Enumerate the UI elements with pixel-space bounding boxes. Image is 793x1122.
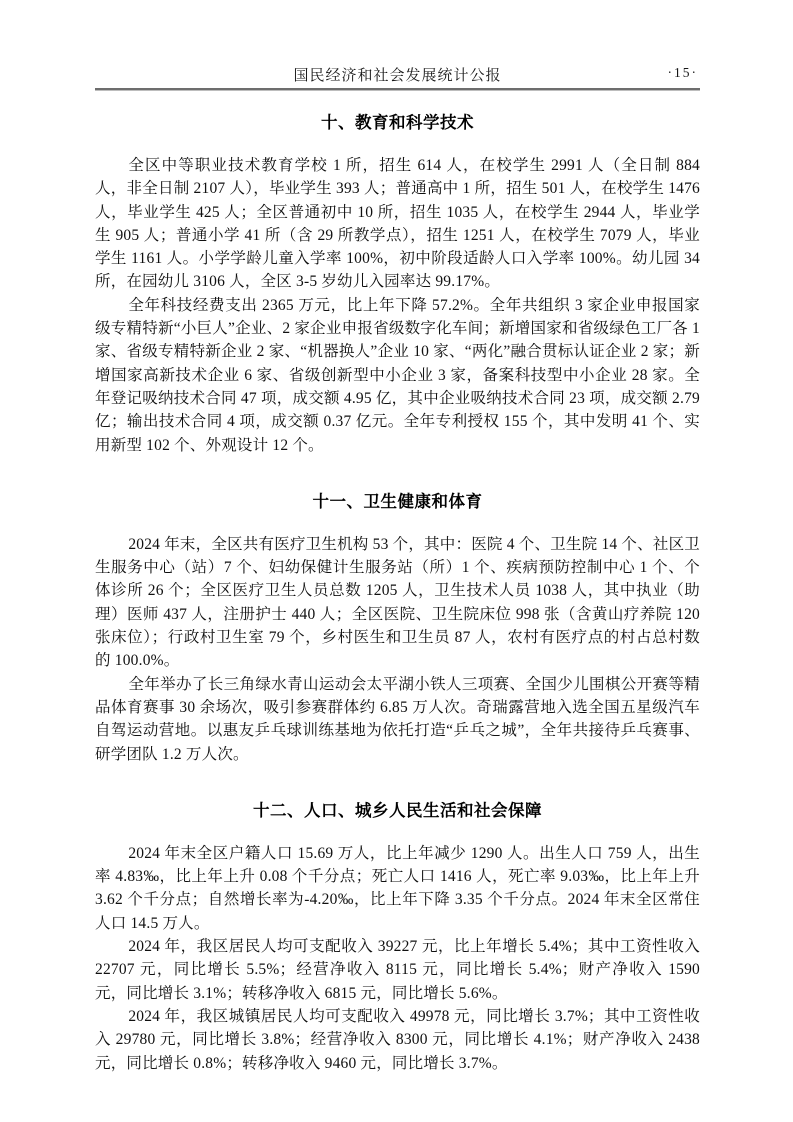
- document-content: 十、教育和科学技术 全区中等职业技术教育学校 1 所，招生 614 人，在校学生…: [95, 90, 700, 1075]
- paragraph-resident-income: 2024 年，我区居民人均可支配收入 39227 元，比上年增长 5.4%；其中…: [95, 935, 700, 1005]
- document-page: 国民经济和社会发展统计公报 ·15· 十、教育和科学技术 全区中等职业技术教育学…: [0, 0, 793, 1122]
- section-health-sports: 十一、卫生健康和体育 2024 年末，全区共有医疗卫生机构 53 个，其中：医院…: [95, 488, 700, 766]
- paragraph-health: 2024 年末，全区共有医疗卫生机构 53 个，其中：医院 4 个、卫生院 14…: [95, 533, 700, 673]
- section-title-population-livelihood: 十二、人口、城乡人民生活和社会保障: [95, 797, 700, 821]
- section-title-health-sports: 十一、卫生健康和体育: [95, 488, 700, 512]
- paragraph-sports: 全年举办了长三角绿水青山运动会太平湖小铁人三项赛、全国少儿围棋公开赛等精品体育赛…: [95, 673, 700, 766]
- section-population-livelihood: 十二、人口、城乡人民生活和社会保障 2024 年末全区户籍人口 15.69 万人…: [95, 797, 700, 1075]
- paragraph-population: 2024 年末全区户籍人口 15.69 万人，比上年减少 1290 人。出生人口…: [95, 842, 700, 935]
- page-number: ·15·: [668, 65, 699, 81]
- section-education-science: 十、教育和科学技术 全区中等职业技术教育学校 1 所，招生 614 人，在校学生…: [95, 109, 700, 457]
- section-title-education-science: 十、教育和科学技术: [95, 109, 700, 133]
- paragraph-science-tech: 全年科技经费支出 2365 万元，比上年下降 57.2%。全年共组织 3 家企业…: [95, 294, 700, 457]
- paragraph-education: 全区中等职业技术教育学校 1 所，招生 614 人，在校学生 2991 人（全日…: [95, 154, 700, 294]
- paragraph-urban-income: 2024 年，我区城镇居民人均可支配收入 49978 元，同比增长 3.7%；其…: [95, 1005, 700, 1075]
- header-title: 国民经济和社会发展统计公报: [95, 64, 700, 85]
- page-header: 国民经济和社会发展统计公报 ·15·: [95, 64, 700, 88]
